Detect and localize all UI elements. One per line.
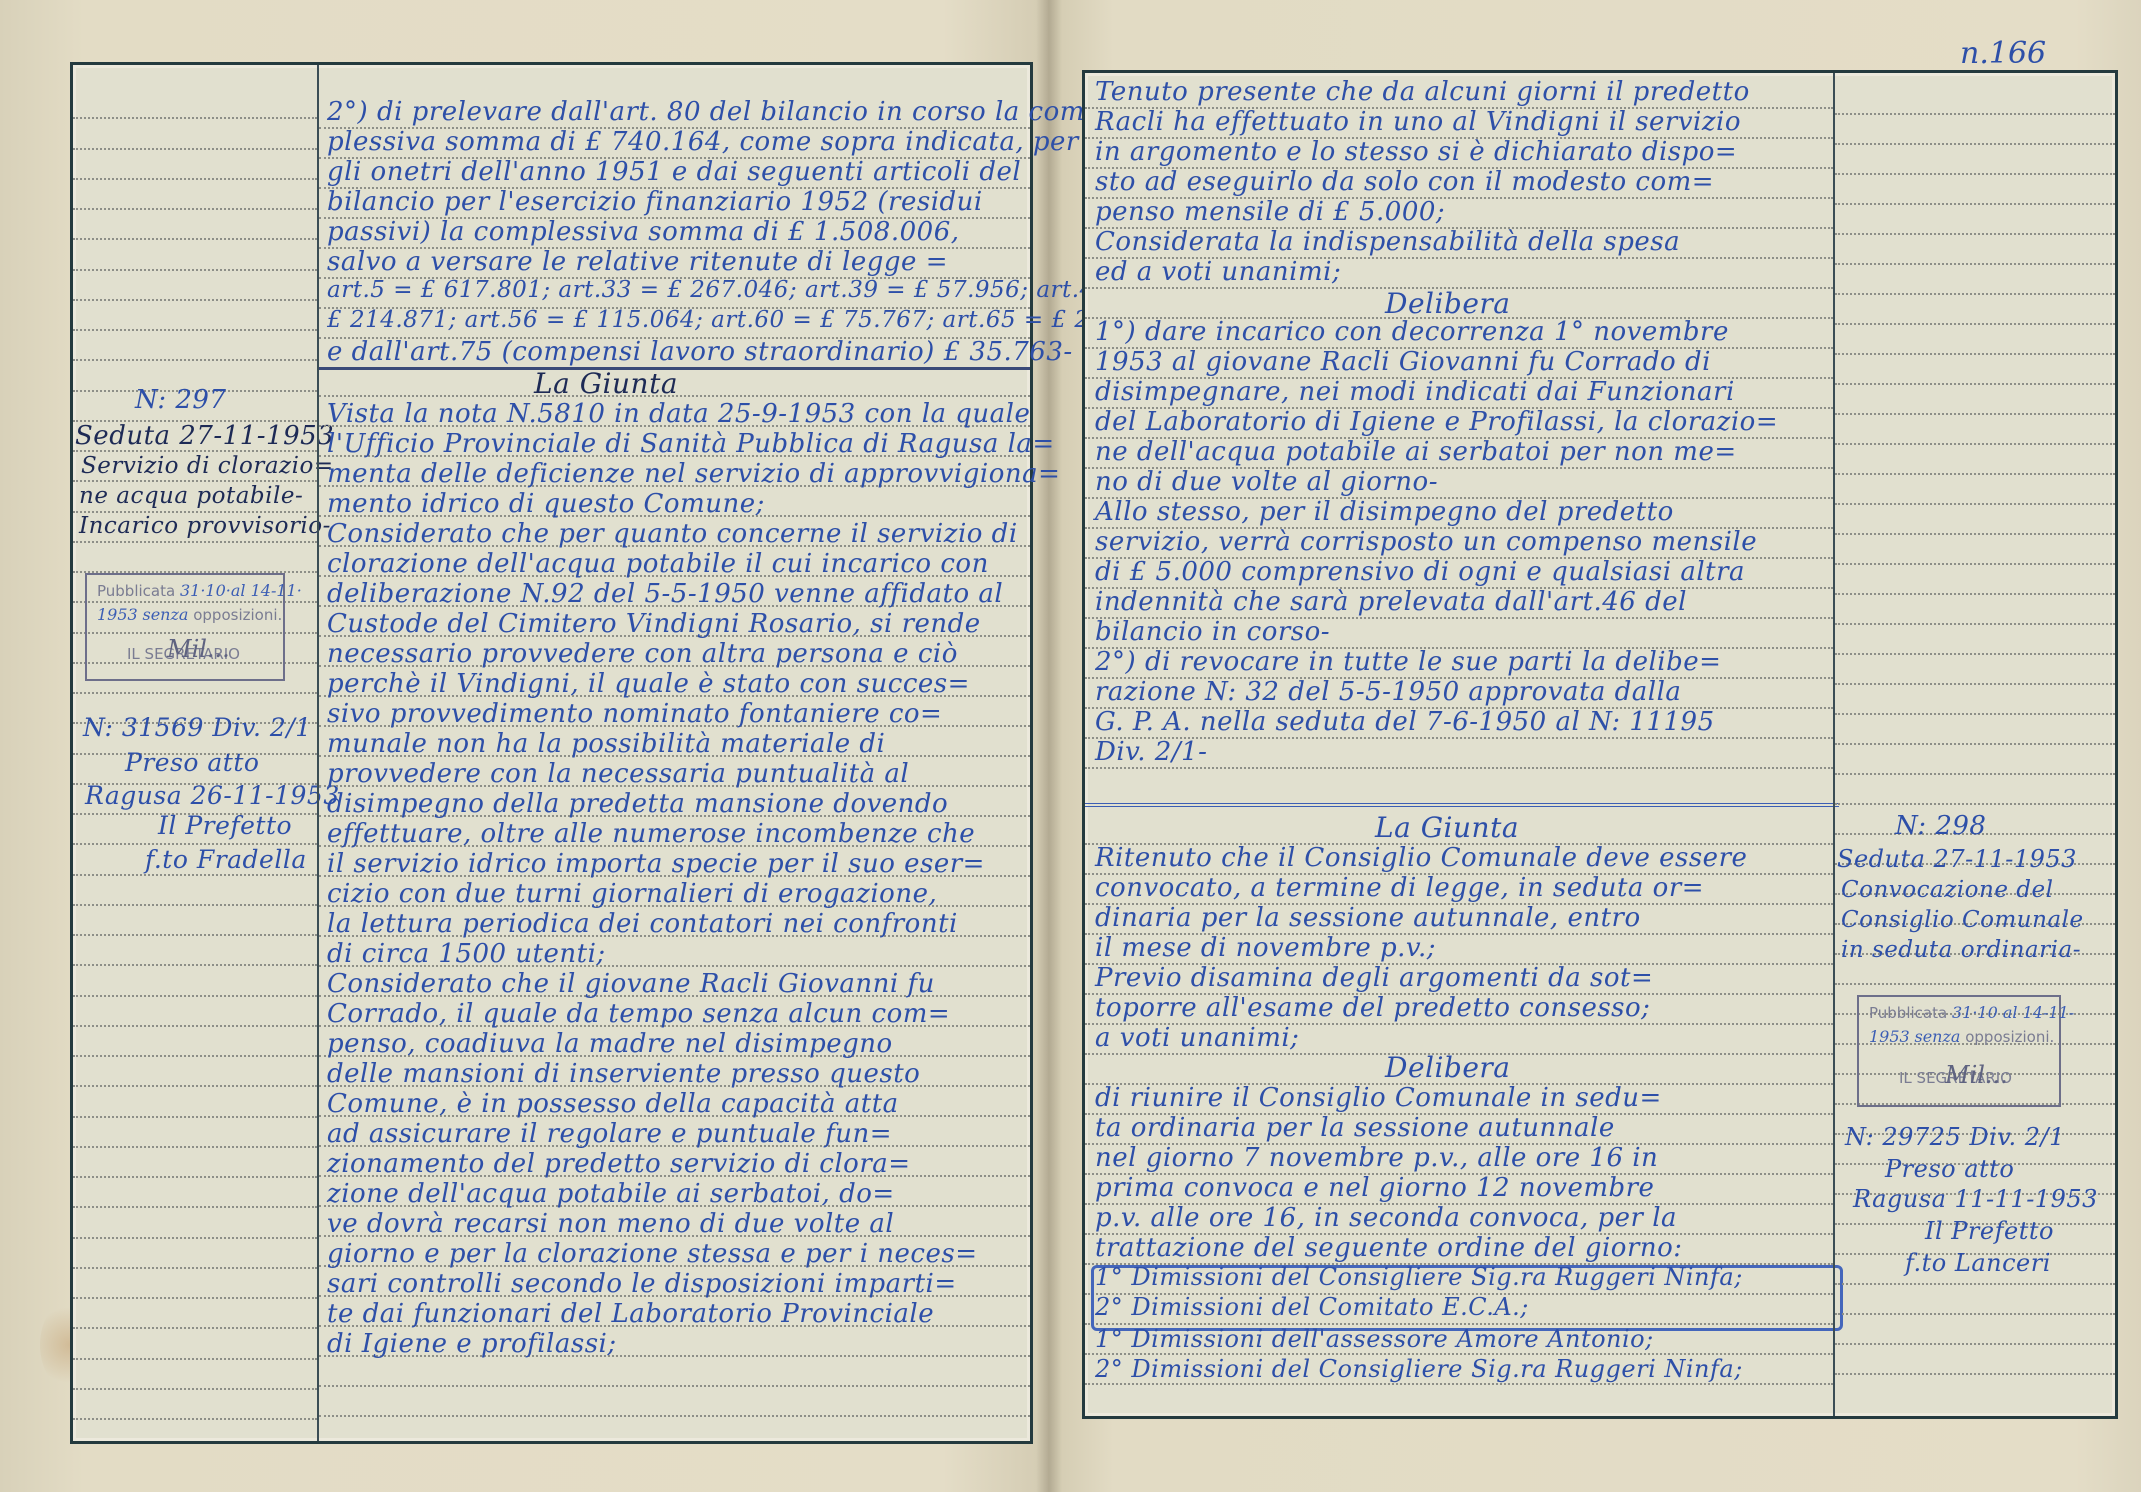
text-line: delle mansioni di inserviente presso que…: [327, 1059, 920, 1089]
prefect-title: Il Prefetto: [158, 811, 292, 840]
margin-subject-line: Servizio di clorazio=: [81, 453, 334, 479]
publication-stamp: Pubblicata 31·10·al 14-11· 1953 senza op…: [85, 573, 285, 681]
text-line: Div. 2/1-: [1095, 737, 1207, 767]
text-line: Previo disamina degli argomenti da sot=: [1095, 963, 1653, 993]
stamp-senza: senza: [1915, 1027, 1961, 1046]
secretary-signature: Mil...: [1945, 1061, 2008, 1089]
stamp-opposizioni-label: opposizioni.: [1965, 1028, 2054, 1046]
text-line: Considerato che il giovane Racli Giovann…: [327, 969, 935, 999]
text-line: dinaria per la sessione autunnale, entro: [1095, 903, 1641, 933]
text-line: disimpegnare, nei modi indicati dai Funz…: [1095, 377, 1735, 407]
margin-subject-line: Convocazione del: [1841, 877, 2053, 903]
text-line: e dall'art.75 (compensi lavoro straordin…: [327, 337, 1073, 367]
margin-session-date: Seduta 27-11-1953: [75, 421, 334, 451]
text-line: Racli ha effettuato in uno al Vindigni i…: [1095, 107, 1741, 137]
text-line: mento idrico di questo Comune;: [327, 489, 765, 519]
margin-subject-line: Incarico provvisorio-: [79, 513, 331, 539]
text-line: p.v. alle ore 16, in seconda convoca, pe…: [1095, 1203, 1677, 1233]
stamp-published-label: Pubblicata: [97, 582, 175, 600]
agenda-item: 1° Dimissioni dell'assessore Amore Anton…: [1095, 1325, 1654, 1353]
text-line: penso mensile di £ 5.000;: [1095, 197, 1445, 227]
right-main-column: Tenuto presente che da alcuni giorni il …: [1085, 73, 1833, 1416]
text-line: 2°) di revocare in tutte le sue parti la…: [1095, 647, 1721, 677]
text-line: sto ad eseguirlo da solo con il modesto …: [1095, 167, 1714, 197]
prefect-place-date: Ragusa 11-11-1953: [1853, 1185, 2098, 1213]
text-line: Comune, è in possesso della capacità att…: [327, 1089, 899, 1119]
text-line: 1°) dare incarico con decorrenza 1° nove…: [1095, 317, 1729, 347]
stamp-published-dates: 31·10 al 14-11-: [1952, 1003, 2074, 1022]
text-line: toporre all'esame del predetto consesso;: [1095, 993, 1650, 1023]
margin-entry-number: N: 298: [1895, 811, 1986, 841]
text-line: cizio con due turni giornalieri di eroga…: [327, 879, 937, 909]
text-line: convocato, a termine di legge, in seduta…: [1095, 873, 1704, 903]
agenda-item: 2° Dimissioni del Consigliere Sig.ra Rug…: [1095, 1355, 1743, 1383]
prefect-title: Il Prefetto: [1925, 1217, 2054, 1245]
text-line: sari controlli secondo le disposizioni i…: [327, 1269, 957, 1299]
text-line: passivi) la complessiva somma di £ 1.508…: [327, 217, 960, 247]
text-line: a voti unanimi;: [1095, 1023, 1299, 1053]
text-line: 2°) di prelevare dall'art. 80 del bilanc…: [327, 97, 1107, 127]
stamp-senza: senza: [143, 605, 189, 624]
text-line: la lettura periodica dei contatori nei c…: [327, 909, 958, 939]
right-page-frame: Tenuto presente che da alcuni giorni il …: [1082, 70, 2118, 1419]
text-line: servizio, verrà corrisposto un compenso …: [1095, 527, 1757, 557]
text-line: G. P. A. nella seduta del 7-6-1950 al N:…: [1095, 707, 1715, 737]
text-line: perchè il Vindigni, il quale è stato con…: [327, 669, 970, 699]
prefect-acknowledged: Preso atto: [125, 748, 259, 777]
page-number: n.166: [1960, 36, 2046, 71]
right-margin-column: N: 298 Seduta 27-11-1953 Convocazione de…: [1835, 73, 2115, 1416]
text-line: in argomento e lo stesso si è dichiarato…: [1095, 137, 1737, 167]
text-line: £ 214.871; art.56 = £ 115.064; art.60 = …: [327, 307, 1173, 333]
left-main-column: 2°) di prelevare dall'art. 80 del bilanc…: [319, 65, 1030, 1441]
text-line: ad assicurare il regolare e puntuale fun…: [327, 1119, 892, 1149]
text-line: Considerata la indispensabilità della sp…: [1095, 227, 1680, 257]
stamp-year: 1953: [97, 605, 138, 624]
text-line: ve dovrà recarsi non meno di due volte a…: [327, 1209, 894, 1239]
text-line: menta delle deficienze nel servizio di a…: [327, 459, 1060, 489]
text-line: deliberazione N.92 del 5-5-1950 venne af…: [327, 579, 1003, 609]
text-line: zione dell'acqua potabile ai serbatoi, d…: [327, 1179, 895, 1209]
publication-stamp: Pubblicata 31·10 al 14-11- 1953 senza op…: [1857, 995, 2061, 1107]
secretary-signature: Mil...: [167, 635, 230, 663]
text-line: effettuare, oltre alle numerose incomben…: [327, 819, 975, 849]
text-line: zionamento del predetto servizio di clor…: [327, 1149, 911, 1179]
text-line: no di due volte al giorno-: [1095, 467, 1438, 497]
prefect-signature: f.to Fradella: [145, 845, 307, 874]
text-line: nel giorno 7 novembre p.v., alle ore 16 …: [1095, 1143, 1658, 1173]
text-line: razione N: 32 del 5-5-1950 approvata dal…: [1095, 677, 1681, 707]
text-line: di circa 1500 utenti;: [327, 939, 606, 969]
text-line: Vista la nota N.5810 in data 25-9-1953 c…: [327, 399, 1030, 429]
margin-session-date: Seduta 27-11-1953: [1837, 845, 2077, 873]
stamp-published-dates: 31·10·al 14-11·: [180, 581, 302, 600]
section-divider: [1085, 803, 1839, 807]
text-line: Corrado, il quale da tempo senza alcun c…: [327, 999, 950, 1029]
text-line: indennità che sarà prelevata dall'art.46…: [1095, 587, 1687, 617]
text-line: bilancio per l'esercizio finanziario 195…: [327, 187, 983, 217]
text-line: disimpegno della predetta mansione doven…: [327, 789, 948, 819]
prefect-place-date: Ragusa 26-11-1953: [85, 781, 340, 810]
text-line: art.5 = £ 617.801; art.33 = £ 267.046; a…: [327, 277, 1130, 303]
delibera-heading: Delibera: [1385, 1051, 1511, 1084]
text-line: Tenuto presente che da alcuni giorni il …: [1095, 77, 1750, 107]
agenda-item: 2° Dimissioni del Comitato E.C.A.;: [1095, 1293, 1529, 1321]
text-line: di riunire il Consiglio Comunale in sedu…: [1095, 1083, 1662, 1113]
text-line: trattazione del seguente ordine del gior…: [1095, 1233, 1683, 1263]
stamp-year: 1953: [1869, 1027, 1910, 1046]
text-line: l'Ufficio Provinciale di Sanità Pubblica…: [327, 429, 1055, 459]
text-line: il mese di novembre p.v.;: [1095, 933, 1436, 963]
prefect-acknowledged: Preso atto: [1885, 1155, 2014, 1183]
text-line: di £ 5.000 comprensivo di ogni e qualsia…: [1095, 557, 1745, 587]
prefect-protocol: N: 31569 Div. 2/1: [83, 713, 312, 742]
text-line: gli onetri dell'anno 1951 e dai seguenti…: [327, 157, 1021, 187]
text-line: sivo provvedimento nominato fontaniere c…: [327, 699, 942, 729]
text-line: giorno e per la clorazione stessa e per …: [327, 1239, 977, 1269]
text-line: Custode del Cimitero Vindigni Rosario, s…: [327, 609, 981, 639]
text-line: te dai funzionari del Laboratorio Provin…: [327, 1299, 934, 1329]
text-line: del Laboratorio di Igiene e Profilassi, …: [1095, 407, 1778, 437]
text-line: 1953 al giovane Racli Giovanni fu Corrad…: [1095, 347, 1711, 377]
text-line: necessario provvedere con altra persona …: [327, 639, 958, 669]
margin-subject-line: in seduta ordinaria-: [1841, 937, 2081, 963]
text-line: prima convoca e nel giorno 12 novembre: [1095, 1173, 1654, 1203]
text-line: di Igiene e profilassi;: [327, 1329, 617, 1359]
text-line: ed a voti unanimi;: [1095, 257, 1341, 287]
left-margin-column: N: 297 Seduta 27-11-1953 Servizio di clo…: [73, 65, 317, 1441]
text-line: ne dell'acqua potabile ai serbatoi per n…: [1095, 437, 1737, 467]
text-line: salvo a versare le relative ritenute di …: [327, 247, 948, 277]
text-line: plessiva somma di £ 740.164, come sopra …: [327, 127, 1079, 157]
book-gutter: [1036, 0, 1062, 1492]
delibera-heading: Delibera: [1385, 287, 1511, 320]
text-line: bilancio in corso-: [1095, 617, 1330, 647]
margin-entry-number: N: 297: [135, 385, 226, 415]
text-line: munale non ha la possibilità materiale d…: [327, 729, 885, 759]
prefect-protocol: N: 29725 Div. 2/1: [1845, 1123, 2065, 1151]
text-line: il servizio idrico importa specie per il…: [327, 849, 985, 879]
text-line: Ritenuto che il Consiglio Comunale deve …: [1095, 843, 1747, 873]
stamp-opposizioni-label: opposizioni.: [193, 606, 282, 624]
margin-subject-line: Consiglio Comunale: [1841, 907, 2084, 933]
text-line: ta ordinaria per la sessione autunnale: [1095, 1113, 1615, 1143]
stamp-published-label: Pubblicata: [1869, 1004, 1947, 1022]
text-line: clorazione dell'acqua potabile il cui in…: [327, 549, 989, 579]
text-line: Considerato che per quanto concerne il s…: [327, 519, 1018, 549]
section-title: La Giunta: [1375, 811, 1519, 844]
agenda-item: 1° Dimissioni del Consigliere Sig.ra Rug…: [1095, 1263, 1743, 1291]
margin-subject-line: ne acqua potabile-: [79, 483, 303, 509]
text-line: provvedere con la necessaria puntualità …: [327, 759, 909, 789]
section-title: La Giunta: [534, 367, 678, 400]
prefect-signature: f.to Lanceri: [1905, 1249, 2051, 1277]
left-page-frame: N: 297 Seduta 27-11-1953 Servizio di clo…: [70, 62, 1033, 1444]
text-line: Allo stesso, per il disimpegno del prede…: [1095, 497, 1674, 527]
text-line: penso, coadiuva la madre nel disimpegno: [327, 1029, 893, 1059]
